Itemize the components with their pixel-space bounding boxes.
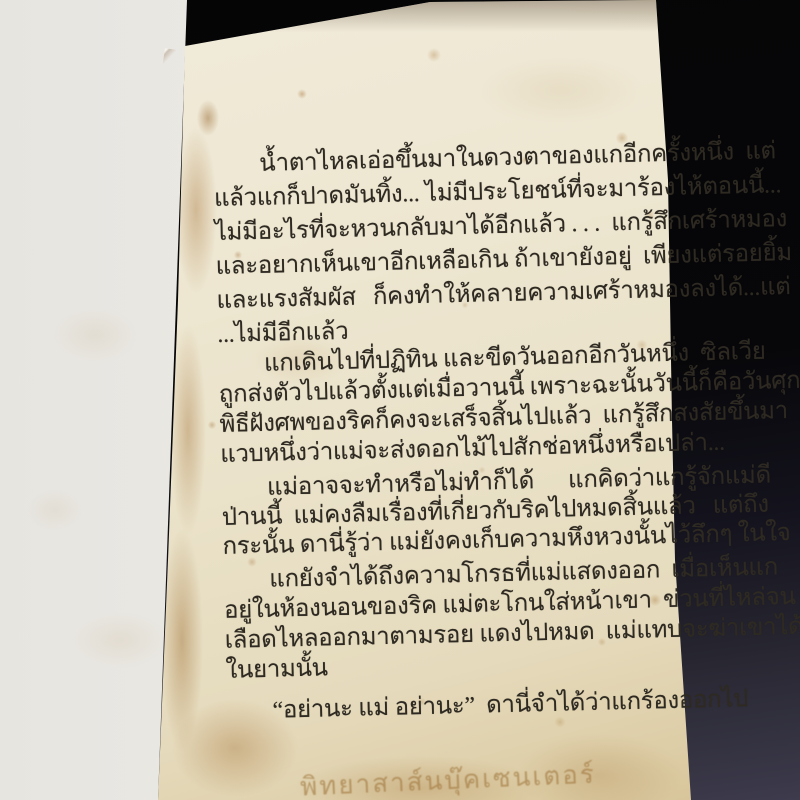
paragraph-4: แกยังจำได้ถึงความโกรธที่แม่แสดงออก เมื่อ… <box>223 555 658 686</box>
paragraph-5: “อย่านะ แม่ อย่านะ” ดานี่จำได้ว่าแกร้องอ… <box>226 686 659 727</box>
page-text-block: น้ำตาไหลเอ่อขึ้นมาในดวงตาของแกอีกครั้งหน… <box>209 0 660 800</box>
paragraph-3: แม่อาจจะทำหรือไม่ทำก็ได้ แกคิดว่าแกรู้จั… <box>221 464 655 562</box>
text-line: “อย่านะ แม่ อย่านะ” ดานี่จำได้ว่าแกร้องอ… <box>226 686 659 727</box>
paragraph-2: แกเดินไปที่ปฏิทิน และขีดวันออกอีกวันหนึ่… <box>218 339 653 470</box>
paragraph-1: น้ำตาไหลเอ่อขึ้นมาในดวงตาของแกอีกครั้งหน… <box>213 137 650 351</box>
